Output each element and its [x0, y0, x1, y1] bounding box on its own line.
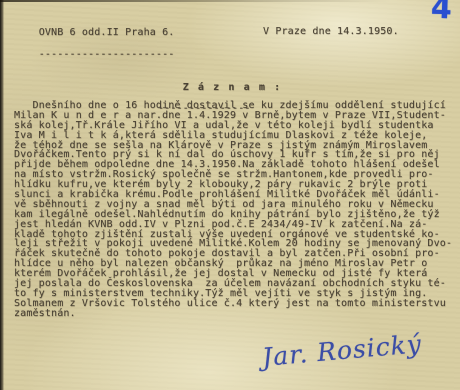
header-office-block: OVNB 6 odd.II Praha 6. -----------------…	[14, 16, 174, 71]
document-body: Dnešního dne o 16 hodině dostavil se ku …	[14, 101, 452, 319]
document-title: Z á z n a m :	[183, 82, 282, 93]
office-designation: OVNB 6 odd.II Praha 6.	[39, 27, 175, 38]
scanned-document: 4 OVNB 6 odd.II Praha 6. ---------------…	[0, 0, 460, 390]
body-line: zaměstnán.	[14, 309, 452, 319]
signature: Jar. Rosický	[261, 329, 423, 372]
office-underline: ----------------------	[39, 49, 175, 60]
body-line: Solmanem z Vršovic Tolstého ulice č.4 kt…	[14, 299, 452, 309]
dateline: V Praze dne 14.3.1950.	[263, 26, 399, 37]
page-number-mark: 4	[431, 0, 453, 26]
scan-edge-left	[0, 0, 4, 390]
scan-edge-top	[0, 0, 460, 2]
